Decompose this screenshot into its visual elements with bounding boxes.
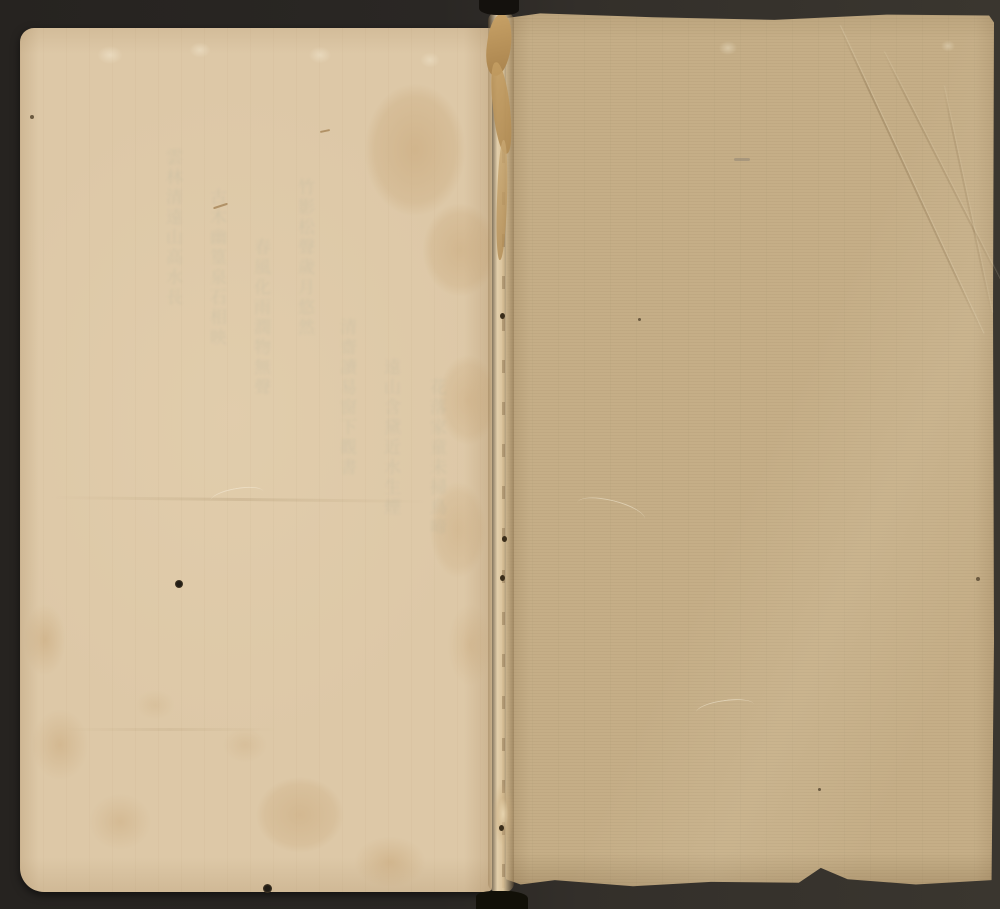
- bleedthrough-column: 雲林清遠山高水長: [160, 148, 185, 308]
- bleedthrough-column: 古木幽篁泉石相映: [204, 188, 229, 348]
- wormhole-dot: [175, 580, 183, 588]
- stitch-hole: [500, 575, 505, 581]
- bleedthrough-column: 清齋讀易窗下觀書: [334, 318, 359, 478]
- gutter-tear-line: [502, 150, 505, 888]
- right-page: [506, 12, 994, 888]
- stitch-hole: [499, 825, 504, 831]
- bleedthrough-column: 花落家童未掃鳥啼: [424, 378, 449, 538]
- bleedthrough-column: 遠山含黛近水生煙: [378, 358, 403, 518]
- paper-fiber: [574, 492, 647, 531]
- speck: [976, 577, 980, 581]
- paper-fiber: [695, 696, 755, 721]
- speck: [30, 115, 34, 119]
- stitch-hole: [502, 536, 507, 542]
- spine-gap-top: [479, 0, 519, 15]
- wormhole-dot: [732, 883, 741, 892]
- speck: [818, 788, 821, 791]
- spine-gap-bottom: [476, 891, 528, 909]
- speck: [638, 318, 641, 321]
- bleedthrough-column: 春風化雨潤物無聲: [248, 238, 273, 398]
- stitch-hole: [500, 313, 505, 319]
- left-page: 雲林清遠山高水長 古木幽篁泉石相映 春風化雨潤物無聲 竹影松聲歲月悠然 清齋讀易…: [20, 28, 492, 892]
- gutter-fold-bulge: [492, 782, 514, 846]
- scan-bed: 雲林清遠山高水長 古木幽篁泉石相映 春風化雨潤物無聲 竹影松聲歲月悠然 清齋讀易…: [0, 0, 1000, 909]
- stain-streak: [320, 129, 330, 133]
- paper-fiber: [209, 483, 265, 509]
- bleedthrough-column: 竹影松聲歲月悠然: [292, 178, 317, 338]
- wormhole-dot: [263, 884, 272, 893]
- gray-smudge: [734, 158, 750, 161]
- horizontal-crease: [60, 728, 280, 731]
